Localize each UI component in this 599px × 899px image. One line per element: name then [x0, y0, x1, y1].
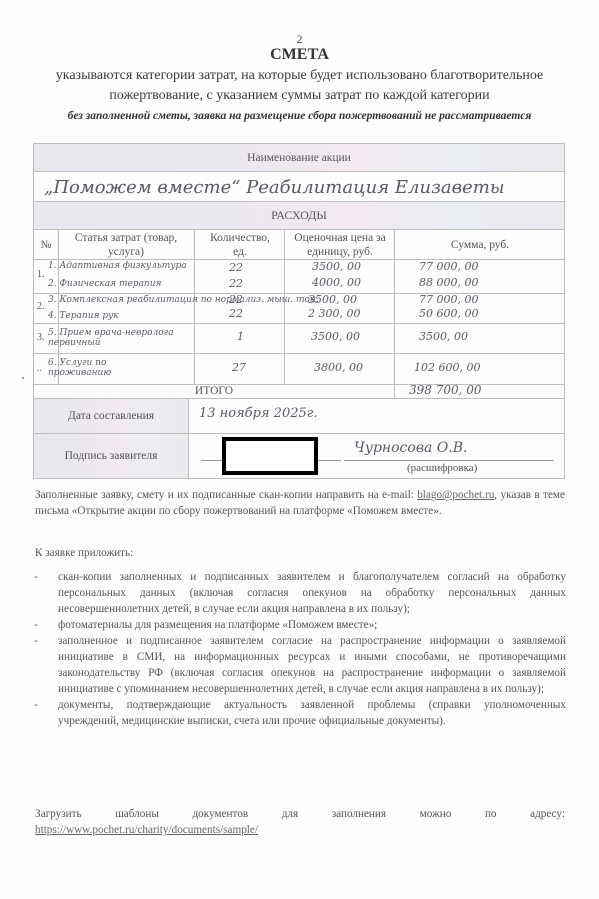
decoding-caption: (расшифровка): [407, 462, 477, 474]
item-text: 2. Физическая терапия: [48, 279, 161, 289]
email-link[interactable]: blago@pochet.ru: [417, 489, 494, 501]
page-number: 2: [0, 32, 599, 47]
col-header-price: Оценочная цена за единицу, руб.: [289, 231, 391, 259]
attach-heading: К заявке приложить:: [35, 545, 565, 561]
date-label: Дата составления: [34, 409, 188, 423]
list-item: -фотоматериалы для размещения на платфор…: [58, 617, 566, 633]
templates-text: Загрузить шаблоны документов для заполне…: [35, 806, 565, 822]
scan-speck: [22, 377, 24, 379]
list-item: -документы, подтверждающие актуальность …: [58, 697, 566, 729]
item-text: 6. Услуги по проживанию: [48, 358, 168, 378]
warning-note: без заполненной сметы, заявка на размеще…: [0, 110, 599, 122]
col-header-item: Статья затрат (товар, услуга): [60, 231, 192, 259]
total-label: ИТОГО: [34, 384, 394, 398]
col-header-sum: Сумма, руб.: [396, 238, 564, 252]
item-text: 1. Адаптивная физкультура: [48, 261, 187, 271]
decoding-value: Чурносова О.В.: [354, 440, 467, 456]
col-header-num: №: [34, 238, 58, 252]
item-text: 3. Комплексная реабилитация по нормализ.…: [48, 295, 319, 305]
page-title: СМЕТА: [0, 46, 599, 64]
total-value: 398 700, 00: [409, 383, 482, 397]
col-header-qty: Количество, ед.: [204, 231, 276, 259]
action-name-value: „Поможем вместе“ Реабилитация Елизаветы: [44, 177, 504, 198]
action-name-label: Наименование акции: [34, 151, 564, 165]
subtitle-line-2: пожертвование, с указанием суммы затрат …: [0, 88, 599, 104]
expenses-label: РАСХОДЫ: [34, 208, 564, 222]
signature-label: Подпись заявителя: [34, 449, 188, 463]
item-text: 4. Терапия рук: [48, 311, 119, 321]
subtitle-line-1: указываются категории затрат, на которые…: [0, 68, 599, 84]
templates-url-line: https://www.pochet.ru/charity/documents/…: [35, 822, 565, 838]
templates-link[interactable]: https://www.pochet.ru/charity/documents/…: [35, 824, 258, 836]
list-item: -скан-копии заполненных и подписанных за…: [58, 569, 566, 617]
list-item: -заполненное и подписанное заявителем со…: [58, 633, 566, 697]
estimate-table: Наименование акции „Поможем вместе“ Реаб…: [33, 143, 565, 479]
item-text: 5. Прием врача-невролога первичный: [48, 328, 188, 348]
date-value: 13 ноября 2025г.: [199, 406, 317, 421]
attachments-list: -скан-копии заполненных и подписанных за…: [58, 569, 566, 729]
redacted-signature: [222, 437, 318, 475]
send-instructions: Заполненные заявку, смету и их подписанн…: [35, 487, 565, 519]
